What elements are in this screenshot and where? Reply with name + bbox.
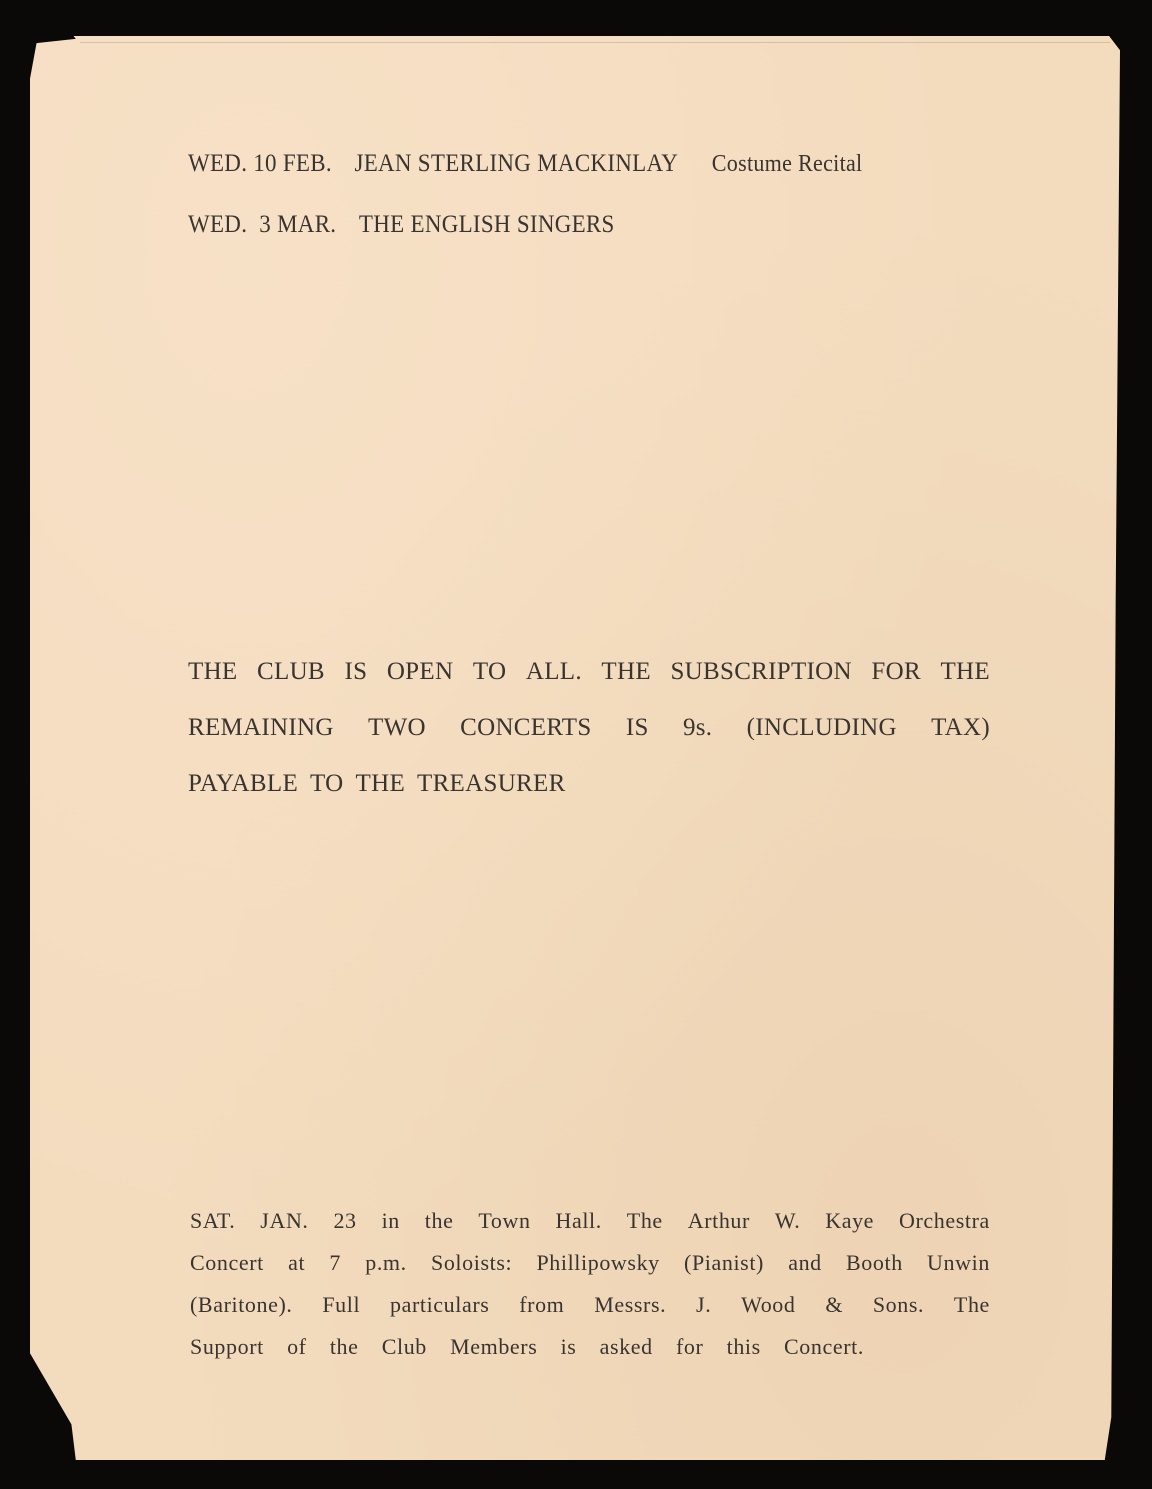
word: the [425, 1208, 454, 1234]
event-date: WED. 10 FEB. [188, 150, 332, 178]
word: Phillipowsky [536, 1250, 659, 1276]
word: asked [600, 1334, 653, 1360]
word: Booth [846, 1250, 903, 1276]
word: Wood [741, 1292, 795, 1318]
notice-line: PAYABLE TO THE TREASURER [188, 770, 990, 798]
word: ALL. [526, 658, 582, 686]
word: p.m. [365, 1250, 407, 1276]
word: (Pianist) [684, 1250, 764, 1276]
word: JAN. [260, 1208, 308, 1234]
notice-line: REMAINING TWO CONCERTS IS 9s. (INCLUDING… [188, 714, 990, 742]
word: PAYABLE [188, 770, 298, 798]
word: IS [626, 714, 649, 742]
word: Kaye [825, 1208, 874, 1234]
word: at [288, 1250, 305, 1276]
word: REMAINING [188, 714, 334, 742]
word: Unwin [927, 1250, 990, 1276]
word: TAX) [931, 714, 990, 742]
word: Orchestra [899, 1208, 990, 1234]
word: TO [310, 770, 343, 798]
word: The [627, 1208, 663, 1234]
word: W. [775, 1208, 800, 1234]
announcement-line: SAT. JAN. 23 in the Town Hall. The Arthu… [190, 1208, 990, 1234]
word: of [287, 1334, 307, 1360]
event-date: WED. 3 MAR. [188, 211, 336, 239]
word: 7 [329, 1250, 341, 1276]
word: in [382, 1208, 400, 1234]
word: THE [356, 770, 406, 798]
word: Arthur [688, 1208, 750, 1234]
word: Messrs. [594, 1292, 666, 1318]
announcement-line: Support of the Club Members is asked for… [190, 1334, 864, 1360]
announcement-line: (Baritone). Full particulars from Messrs… [190, 1292, 990, 1318]
event-performer: JEAN STERLING MACKINLAY [354, 150, 678, 178]
word: CLUB [257, 658, 325, 686]
word: Soloists: [431, 1250, 512, 1276]
word: (Baritone). [190, 1292, 293, 1318]
word: J. [696, 1292, 711, 1318]
word: Sons. [873, 1292, 924, 1318]
word: is [561, 1334, 577, 1360]
word: Club [382, 1334, 427, 1360]
notice-line: THE CLUB IS OPEN TO ALL. THE SUBSCRIPTIO… [188, 658, 990, 686]
word: and [788, 1250, 822, 1276]
announcement-line: Concert at 7 p.m. Soloists: Phillipowsky… [190, 1250, 990, 1276]
word: SUBSCRIPTION [670, 658, 851, 686]
paper-top-edge-line [80, 42, 1110, 43]
word: Hall. [555, 1208, 601, 1234]
word: FOR [871, 658, 921, 686]
word: 23 [333, 1208, 356, 1234]
word: Full [322, 1292, 360, 1318]
word: Concert [190, 1250, 264, 1276]
word: The [954, 1292, 990, 1318]
event-note: Costume Recital [712, 151, 863, 178]
word: Members [450, 1334, 537, 1360]
word: OPEN [387, 658, 453, 686]
word: the [330, 1334, 359, 1360]
word: (INCLUDING [747, 714, 897, 742]
word: TWO [368, 714, 426, 742]
word: from [519, 1292, 564, 1318]
word: & [825, 1292, 843, 1318]
word: particulars [390, 1292, 489, 1318]
word: IS [344, 658, 367, 686]
word: Town [478, 1208, 530, 1234]
word: CONCERTS [460, 714, 591, 742]
event-row: WED. 10 FEB. JEAN STERLING MACKINLAY Cos… [188, 150, 862, 178]
word: Concert. [784, 1334, 864, 1360]
event-row: WED. 3 MAR. THE ENGLISH SINGERS [188, 211, 615, 239]
word: TREASURER [417, 770, 566, 798]
event-performer: THE ENGLISH SINGERS [359, 211, 615, 239]
word: THE [601, 658, 651, 686]
word: THE [188, 658, 238, 686]
word: this [727, 1334, 761, 1360]
paper-sheet: WED. 10 FEB. JEAN STERLING MACKINLAY Cos… [30, 36, 1120, 1460]
word: TO [473, 658, 506, 686]
word: SAT. [190, 1208, 235, 1234]
word: for [676, 1334, 703, 1360]
word: THE [940, 658, 990, 686]
word: Support [190, 1334, 264, 1360]
subscription-price: 9s. [683, 714, 712, 742]
